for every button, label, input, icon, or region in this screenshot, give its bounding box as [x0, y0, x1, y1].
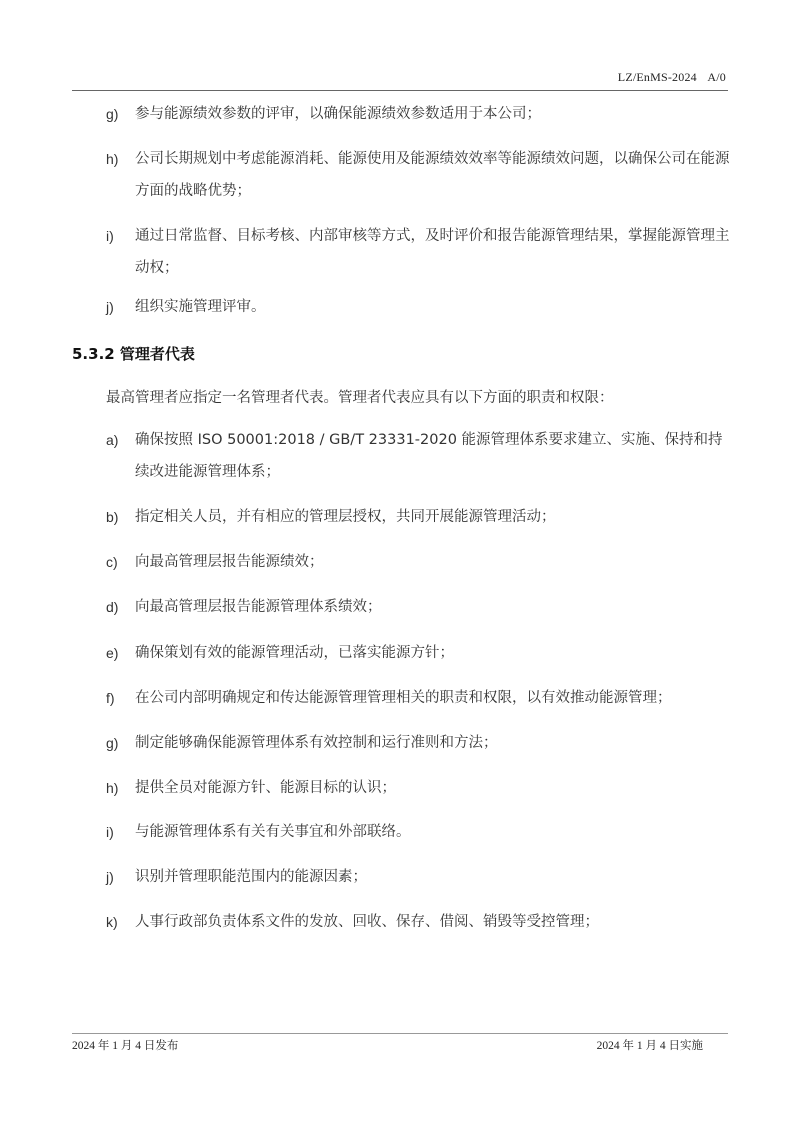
- page-header: LZ/EnMS-2024 A/0: [72, 68, 728, 91]
- list-item-text: 通过日常监督、目标考核、内部审核等方式，及时评价和报告能源管理结果，掌握能源管理…: [135, 220, 736, 284]
- issue-date: 2024 年 1 月 4 日发布: [72, 1037, 178, 1053]
- list-item: c) 向最高管理层报告能源绩效；: [106, 546, 736, 578]
- section-intro: 最高管理者应指定一名管理者代表。管理者代表应具有以下方面的职责和权限：: [106, 386, 736, 410]
- list-item-label: g): [106, 98, 136, 130]
- list-item-label: i): [106, 816, 136, 848]
- list-item: a) 确保按照 ISO 50001:2018 / GB/T 23331-2020…: [106, 424, 736, 488]
- list-item: g) 制定能够确保能源管理体系有效控制和运行准则和方法；: [106, 727, 736, 759]
- list-item: b) 指定相关人员，并有相应的管理层授权，共同开展能源管理活动；: [106, 501, 736, 533]
- list-item-text: 识别并管理职能范围内的能源因素；: [135, 861, 736, 893]
- list-item-text: 在公司内部明确规定和传达能源管理管理相关的职责和权限，以有效推动能源管理；: [135, 682, 736, 714]
- list-item: i) 与能源管理体系有关有关事宜和外部联络。: [106, 816, 736, 848]
- page-footer: 2024 年 1 月 4 日发布 2024 年 1 月 4 日实施: [72, 1033, 728, 1054]
- list-item-text: 确保策划有效的能源管理活动，已落实能源方针；: [135, 637, 736, 669]
- list-item: k) 人事行政部负责体系文件的发放、回收、保存、借阅、销毁等受控管理；: [106, 906, 736, 938]
- list-item-label: d): [106, 591, 136, 623]
- document-code: LZ/EnMS-2024 A/0: [618, 70, 726, 85]
- list-item: e) 确保策划有效的能源管理活动，已落实能源方针；: [106, 637, 736, 669]
- list-item: g) 参与能源绩效参数的评审，以确保能源绩效参数适用于本公司；: [106, 98, 736, 130]
- list-item-label: b): [106, 501, 136, 533]
- list-item-label: h): [106, 772, 136, 804]
- list-item-text: 公司长期规划中考虑能源消耗、能源使用及能源绩效效率等能源绩效问题，以确保公司在能…: [135, 143, 736, 207]
- list-item: h) 公司长期规划中考虑能源消耗、能源使用及能源绩效效率等能源绩效问题，以确保公…: [106, 143, 736, 207]
- list-item-text: 制定能够确保能源管理体系有效控制和运行准则和方法；: [135, 727, 736, 759]
- list-item-label: e): [106, 637, 136, 669]
- list-item-text: 与能源管理体系有关有关事宜和外部联络。: [135, 816, 736, 848]
- list-item-text: 参与能源绩效参数的评审，以确保能源绩效参数适用于本公司；: [135, 98, 736, 130]
- list-item: i) 通过日常监督、目标考核、内部审核等方式，及时评价和报告能源管理结果，掌握能…: [106, 220, 736, 284]
- list-item-text: 组织实施管理评审。: [135, 291, 736, 323]
- list-item-label: f): [106, 682, 136, 714]
- list-item-text: 向最高管理层报告能源管理体系绩效；: [135, 591, 736, 623]
- list-item: j) 识别并管理职能范围内的能源因素；: [106, 861, 736, 893]
- list-item-label: a): [106, 424, 136, 456]
- list-item-label: c): [106, 546, 136, 578]
- effective-date: 2024 年 1 月 4 日实施: [597, 1037, 703, 1053]
- list-item: j) 组织实施管理评审。: [106, 291, 736, 323]
- list-item-label: j): [106, 291, 136, 323]
- list-item-label: h): [106, 143, 136, 175]
- list-item-label: j): [106, 861, 136, 893]
- list-item: d) 向最高管理层报告能源管理体系绩效；: [106, 591, 736, 623]
- section-heading: 5.3.2 管理者代表: [72, 342, 195, 366]
- list-item-text: 指定相关人员，并有相应的管理层授权，共同开展能源管理活动；: [135, 501, 736, 533]
- list-item-label: k): [106, 906, 136, 938]
- list-item-text: 人事行政部负责体系文件的发放、回收、保存、借阅、销毁等受控管理；: [135, 906, 736, 938]
- list-item-label: i): [106, 220, 136, 252]
- list-item-text: 确保按照 ISO 50001:2018 / GB/T 23331-2020 能源…: [135, 424, 736, 488]
- list-item-label: g): [106, 727, 136, 759]
- list-item-text: 提供全员对能源方针、能源目标的认识；: [135, 772, 736, 804]
- list-item: f) 在公司内部明确规定和传达能源管理管理相关的职责和权限，以有效推动能源管理；: [106, 682, 736, 714]
- list-item-text: 向最高管理层报告能源绩效；: [135, 546, 736, 578]
- list-item: h) 提供全员对能源方针、能源目标的认识；: [106, 772, 736, 804]
